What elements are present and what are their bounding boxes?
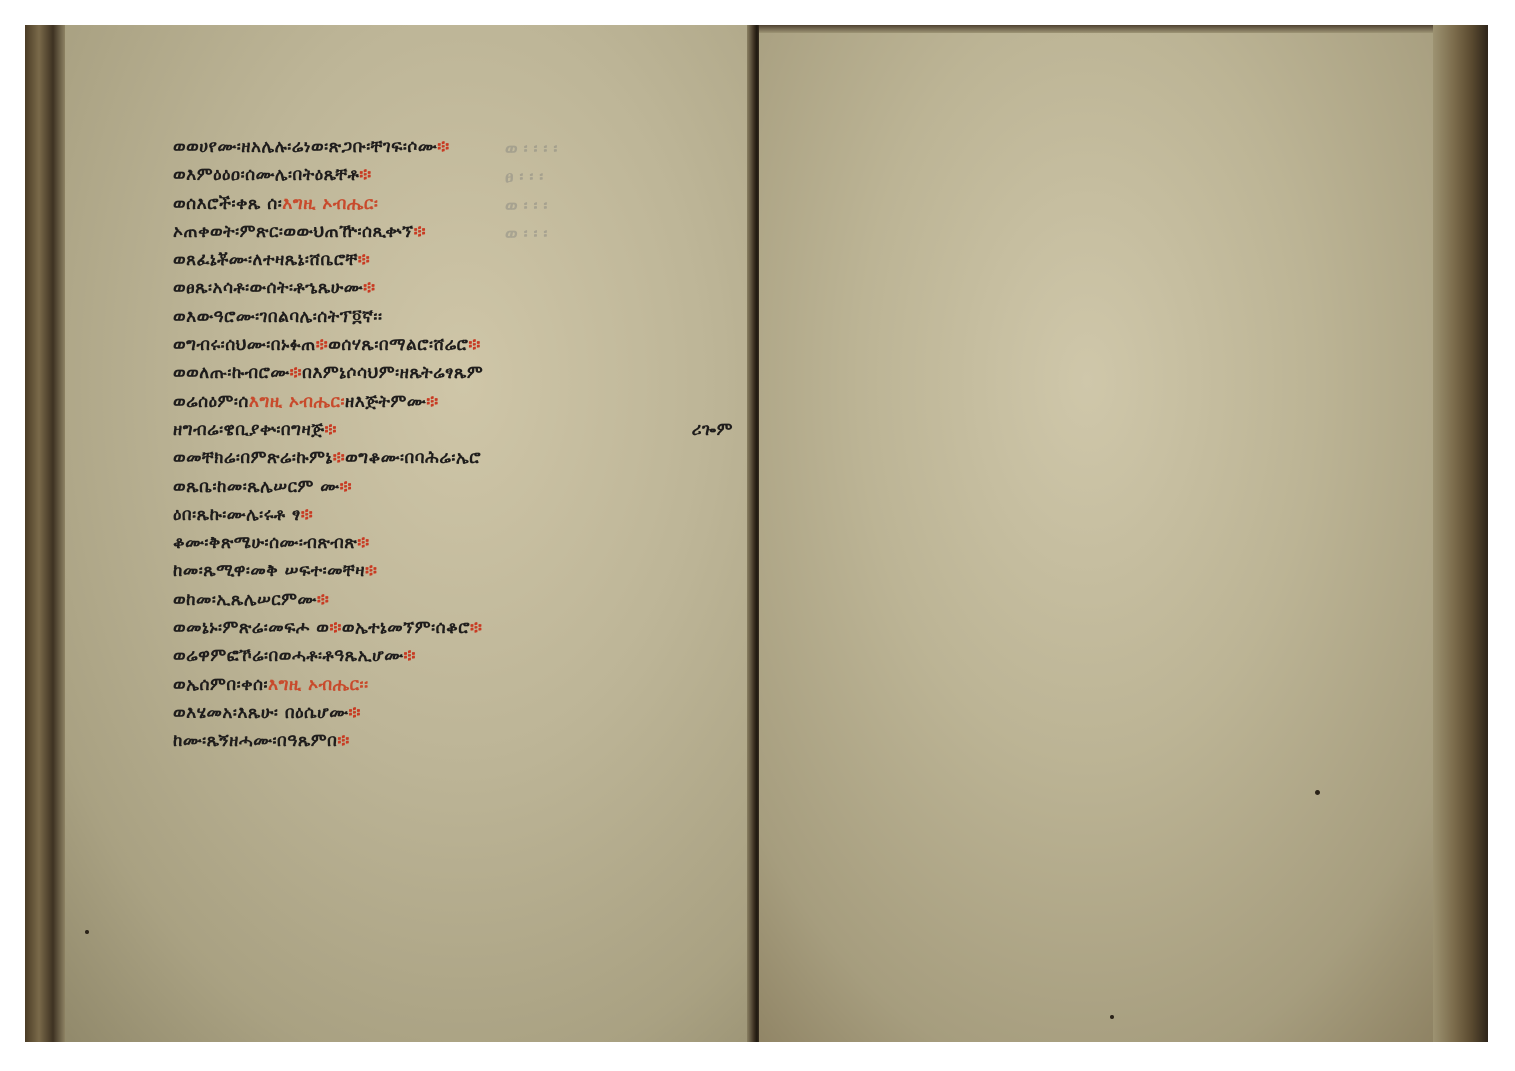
manuscript-line: ወጼቤ፡ከመ፡ጼሌሠርም ሙ፨ xyxy=(173,473,733,501)
manuscript-line: ወጸፈኔቾሙ፡ለተዛጼኔ፡ሸቤሮቸ፨ xyxy=(173,246,733,274)
rubric-cross-mark: ፨ xyxy=(290,363,302,383)
rubric-cross-mark: ፨ xyxy=(317,590,329,610)
manuscript-line: ወሬሰዕም፡ሰእግዚ ኦብሔር፡ዘእጅትምሙ፨ xyxy=(173,388,733,416)
rubric-text: እግዚ ኦብሔር፡፡ xyxy=(268,675,369,695)
manuscript-line: ቆሙ፡ቅጽሜሁ፡ሰሙ፡ብጽብጽ፨ xyxy=(173,529,733,557)
manuscript-line: ከመ፡ጼሚዋ፡መቅ ሠፍተ፡መቸዛ፨ xyxy=(173,557,733,585)
line-text: ወእሄመአ፡እጼሁ፡ በዕሴሆሙ xyxy=(173,703,349,723)
manuscript-line: ኦጠቀወት፡ምጽር፡ወውህጠዅ፡ሰጺቍኘ፨ xyxy=(173,218,733,246)
rubric-cross-mark: ፨ xyxy=(340,477,352,497)
line-text: ወፀጼ፡አሳቶ፡ውሰት፡ቶኄጼሁሙ xyxy=(173,278,363,298)
rubric-cross-mark: ፨ xyxy=(329,618,341,638)
line-text: ወእውዓሮሙ፡ገበልባሌ፡ሰትፕ፬ኛ፡፡ xyxy=(173,307,382,327)
rubric-cross-mark: ፨ xyxy=(349,703,361,723)
line-text: ወሰእሮች፡ቀጼ ሰ፡ xyxy=(173,194,282,214)
line-text: ወሰሃጼ፡በማልሮ፡ሸሬሮ xyxy=(328,335,468,355)
manuscript-line: ወግብሩ፡ሰህሙ፡በኑፉጠ፨ወሰሃጼ፡በማልሮ፡ሸሬሮ፨ xyxy=(173,331,733,359)
line-text: ቆሙ፡ቅጽሜሁ፡ሰሙ፡ብጽብጽ xyxy=(173,533,357,553)
right-page-edge xyxy=(1433,25,1488,1042)
ink-spot xyxy=(1110,1015,1114,1019)
manuscript-line: ወመቸክሬ፡በምጽሬ፡ኩምኔ፨ወግቆሙ፡በባሕሬ፡ኤሮ xyxy=(173,444,733,472)
manuscript-line: ወእውዓሮሙ፡ገበልባሌ፡ሰትፕ፬ኛ፡፡ xyxy=(173,303,733,331)
rubric-cross-mark: ፨ xyxy=(365,561,377,581)
rubric-cross-mark: ፨ xyxy=(470,618,482,638)
manuscript-line: ወወለጡ፡ኩብሮሙ፨በእምኔሶሳህም፡ዘጼትሬፃጼም xyxy=(173,359,733,387)
line-text: በእምኔሶሳህም፡ዘጼትሬፃጼም xyxy=(302,363,483,383)
ink-spot xyxy=(85,930,89,934)
line-text: ወግቆሙ፡በባሕሬ፡ኤሮ xyxy=(345,448,481,468)
left-text-block: ወወሀየሙ፡ዘአሌሉ፡ሬነወ፡ጽጋቡ፡ቸገፍ፡ሶሙ፨ወእምዕዕዐ፡ሰሙሌ፡በትዕ… xyxy=(173,133,733,756)
rubric-cross-mark: ፨ xyxy=(437,137,449,157)
left-page-edge xyxy=(25,25,65,1042)
rubric-text: እግዚ ኦብሔር፡ xyxy=(282,194,378,214)
manuscript-line: ወከመ፡ኢጼሌሠርምሙ፨ xyxy=(173,586,733,614)
line-text: ወኤተኔመኘም፡ሰቆሮ xyxy=(342,618,470,638)
line-text: ከመ፡ጼሚዋ፡መቅ ሠፍተ፡መቸዛ xyxy=(173,561,365,581)
rubric-cross-mark: ፨ xyxy=(357,533,369,553)
rubric-cross-mark: ፨ xyxy=(403,646,415,666)
line-text: ወመኔኑ፡ምጽሬ፡መፍሖ ወ xyxy=(173,618,329,638)
line-text: ወወለጡ፡ኩብሮሙ xyxy=(173,363,290,383)
line-text: ወእምዕዕዐ፡ሰሙሌ፡በትዕጼቸቶ xyxy=(173,165,359,185)
line-text: ዘእጅትምሙ xyxy=(345,392,426,412)
manuscript-line: ወእሄመአ፡እጼሁ፡ በዕሴሆሙ፨ xyxy=(173,699,733,727)
line-text: ወጼቤ፡ከመ፡ጼሌሠርም ሙ xyxy=(173,477,340,497)
rubric-cross-mark: ፨ xyxy=(363,278,375,298)
line-text: ወሬዋምፎኾሬ፡በወሓቶ፡ቶዓጼኢሆሙ xyxy=(173,646,403,666)
rubric-text: እግዚ ኦብሔር፡ xyxy=(249,392,345,412)
line-text: ወጸፈኔቾሙ፡ለተዛጼኔ፡ሸቤሮቸ xyxy=(173,250,358,270)
manuscript-line: ወመኔኑ፡ምጽሬ፡መፍሖ ወ፨ወኤተኔመኘም፡ሰቆሮ፨ xyxy=(173,614,733,642)
line-text: ወመቸክሬ፡በምጽሬ፡ኩምኔ xyxy=(173,448,333,468)
line-text: ዘግብሬ፡ዌቢያቍ፡በግዛጅ xyxy=(173,420,325,440)
left-page: ወ ፡ ፡ ፡ ፡ፀ ፡ ፡ ፡ወ ፡ ፡ ፡ወ ፡ ፡ ፡ ወወሀየሙ፡ዘአሌ… xyxy=(25,25,755,1042)
rubric-cross-mark: ፨ xyxy=(325,420,337,440)
rubric-cross-mark: ፨ xyxy=(301,505,313,525)
manuscript-line: ከሙ፡ጼኝዘሓሙ፡በዓጼምበ፨ xyxy=(173,727,733,755)
manuscript-line: ወኤሰምበ፡ቀሰ፡እግዚ ኦብሔር፡፡ xyxy=(173,671,733,699)
rubric-cross-mark: ፨ xyxy=(337,731,349,751)
right-page-top-edge xyxy=(759,25,1488,33)
line-text: ወኤሰምበ፡ቀሰ፡ xyxy=(173,675,268,695)
line-text: ወሬሰዕም፡ሰ xyxy=(173,392,249,412)
line-text: ወግብሩ፡ሰህሙ፡በኑፉጠ xyxy=(173,335,316,355)
manuscript-line: ወእምዕዕዐ፡ሰሙሌ፡በትዕጼቸቶ፨ xyxy=(173,161,733,189)
rubric-cross-mark: ፨ xyxy=(359,165,371,185)
rubric-cross-mark: ፨ xyxy=(414,222,426,242)
ink-spot xyxy=(1315,790,1320,795)
manuscript-line: ዘግብሬ፡ዌቢያቍ፡በግዛጅ፨ሪጐም xyxy=(173,416,733,444)
manuscript-photo: ወ ፡ ፡ ፡ ፡ፀ ፡ ፡ ፡ወ ፡ ፡ ፡ወ ፡ ፡ ፡ ወወሀየሙ፡ዘአሌ… xyxy=(25,25,1488,1042)
rubric-cross-mark: ፨ xyxy=(358,250,370,270)
rubric-cross-mark: ፨ xyxy=(333,448,345,468)
rubric-cross-mark: ፨ xyxy=(426,392,438,412)
manuscript-line: ወወሀየሙ፡ዘአሌሉ፡ሬነወ፡ጽጋቡ፡ቸገፍ፡ሶሙ፨ xyxy=(173,133,733,161)
manuscript-line: ወፀጼ፡አሳቶ፡ውሰት፡ቶኄጼሁሙ፨ xyxy=(173,274,733,302)
line-text: ወከመ፡ኢጼሌሠርምሙ xyxy=(173,590,317,610)
rubric-cross-mark: ፨ xyxy=(316,335,328,355)
line-text: ወወሀየሙ፡ዘአሌሉ፡ሬነወ፡ጽጋቡ፡ቸገፍ፡ሶሙ xyxy=(173,137,437,157)
rubric-cross-mark: ፨ xyxy=(468,335,480,355)
line-text: ዕበ፡ጼኩ፡ሙሌ፡ሩቶ ፃ xyxy=(173,505,301,525)
line-text: ከሙ፡ጼኝዘሓሙ፡በዓጼምበ xyxy=(173,731,337,751)
right-page: ወከሙ፡ጼጃጃሌ፡ሃሮኢሙ፡ውስተ፡ኢሕዛብ፨ወከፀቡ፡ጼሃሮምሙ፡ውስተ፡በሐ… xyxy=(759,25,1488,1042)
manuscript-line: ወሬዋምፎኾሬ፡በወሓቶ፡ቶዓጼኢሆሙ፨ xyxy=(173,642,733,670)
manuscript-line: ወሰእሮች፡ቀጼ ሰ፡እግዚ ኦብሔር፡ xyxy=(173,190,733,218)
marginal-note: ሪጐም xyxy=(692,416,733,444)
manuscript-line: ዕበ፡ጼኩ፡ሙሌ፡ሩቶ ፃ፨ xyxy=(173,501,733,529)
line-text: ኦጠቀወት፡ምጽር፡ወውህጠዅ፡ሰጺቍኘ xyxy=(173,222,414,242)
